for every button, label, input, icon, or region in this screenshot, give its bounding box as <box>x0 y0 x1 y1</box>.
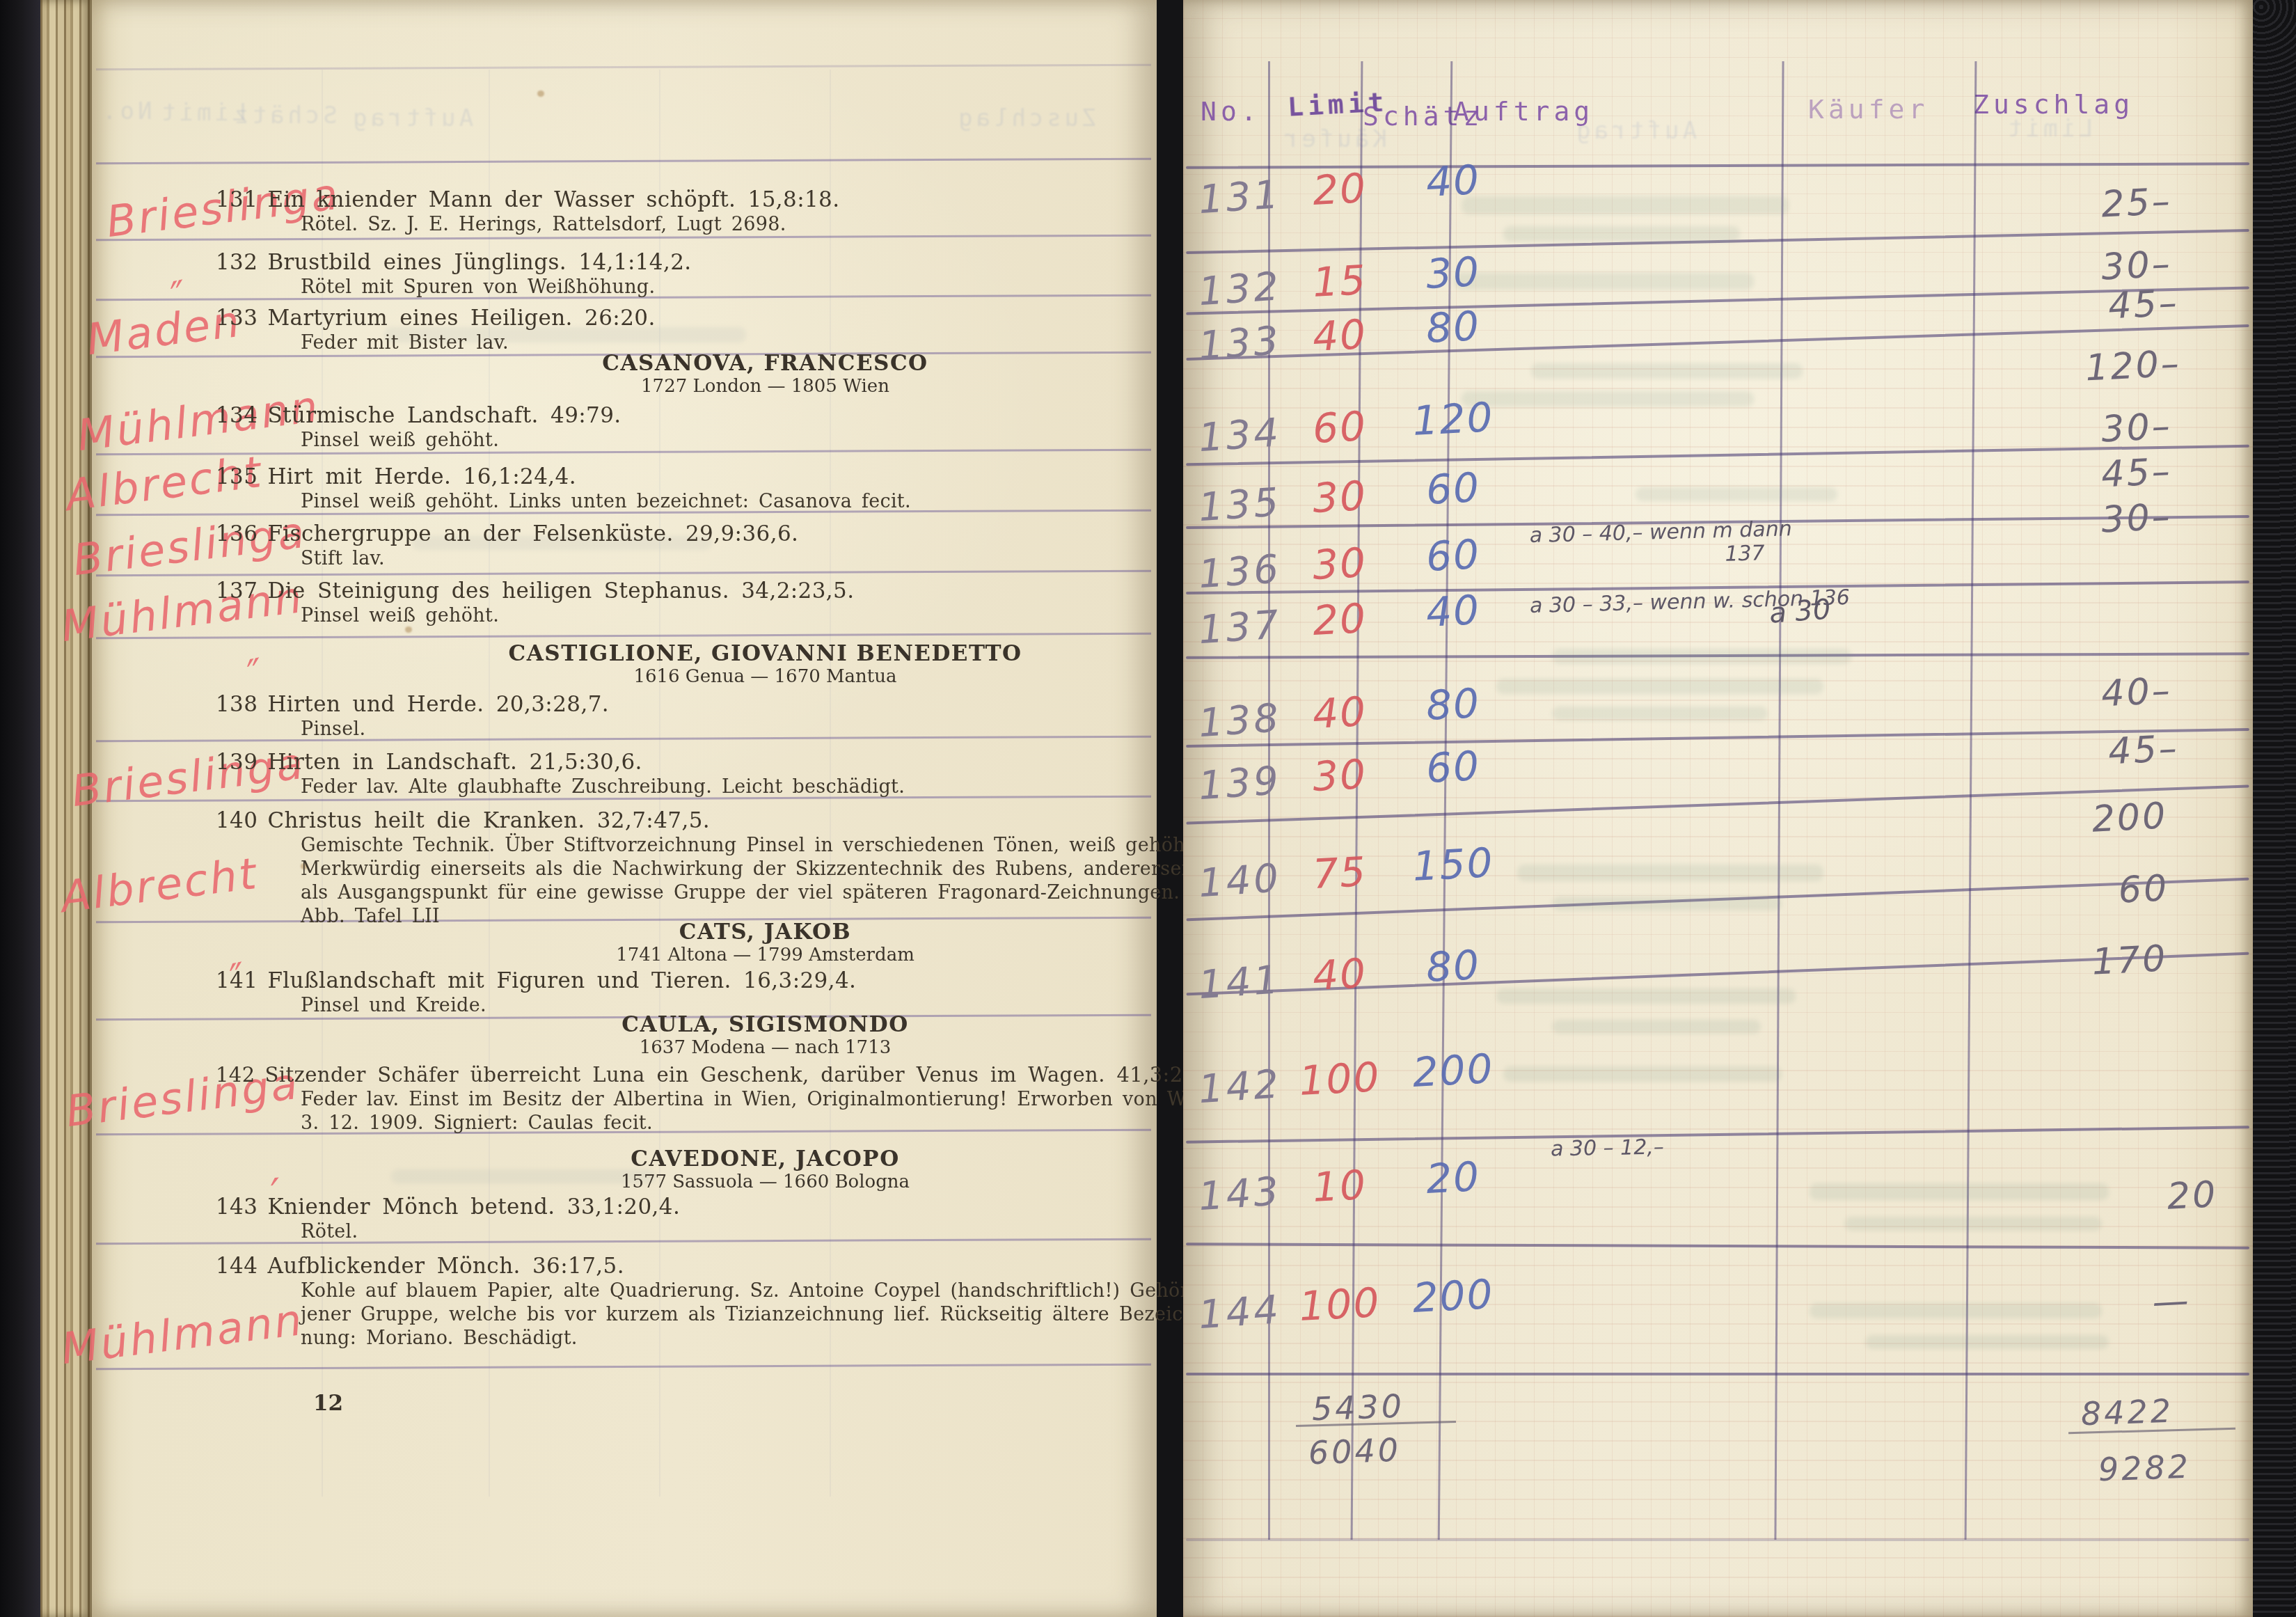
ledger-limit: 60 <box>1279 401 1400 455</box>
lot-title: Hirten in Landschaft. 21,5:30,6. <box>267 750 642 775</box>
lot-title: Sitzender Schäfer überreicht Luna ein Ge… <box>265 1063 1223 1087</box>
bleedthrough-smudge <box>1552 1020 1761 1034</box>
catalog-entry-139: 139Hirten in Landschaft. 21,5:30,6. Fede… <box>216 749 1141 799</box>
lot-number: 133 <box>216 305 258 331</box>
artist-dates: 1727 London — 1805 Wien <box>308 375 1223 397</box>
ledger-schaetz: 40 <box>1382 584 1523 638</box>
lot-number: 134 <box>216 402 258 429</box>
column-header-no: No. <box>1201 96 1261 127</box>
lot-detail: Feder lav. Einst im Besitz der Albertina… <box>216 1088 1141 1112</box>
ghost-stamp: Limit <box>2004 115 2093 143</box>
catalog-entry-132: 132Brustbild eines Jünglings. 14,1:14,2.… <box>216 249 1141 299</box>
lot-detail: Rötel. Sz. J. E. Herings, Rattelsdorf, L… <box>216 213 1141 237</box>
bleedthrough-smudge <box>1810 1183 2109 1200</box>
lot-detail: nung: Moriano. Beschädigt. <box>216 1327 1141 1350</box>
catalog-entry-134: 134Stürmische Landschaft. 49:79. Pinsel … <box>216 402 1141 452</box>
lot-detail: Rötel mit Spuren von Weißhöhung. <box>216 276 1141 299</box>
lot-detail: Abb. Tafel LII <box>216 905 1141 929</box>
artist-dates: 1741 Altona — 1799 Amsterdam <box>308 944 1223 966</box>
lot-title: Ein kniender Mann der Wasser schöpft. 15… <box>267 187 839 212</box>
lot-detail: Stift lav. <box>216 547 1141 571</box>
lot-number: 137 <box>216 578 258 604</box>
margin-ditto-mark: ″ <box>244 649 269 695</box>
artist-header: CASTIGLIONE, GIOVANNI BENEDETTO 1616 Gen… <box>308 642 1223 688</box>
ghost-stamp-auftrag: Auftrag <box>349 104 473 132</box>
catalog-entry-141: 141Flußlandschaft mit Figuren und Tieren… <box>216 968 1141 1018</box>
catalog-entry-144: 144Aufblickender Mönch. 36:17,5. Kohle a… <box>216 1253 1141 1350</box>
lot-detail: Pinsel und Kreide. <box>216 994 1141 1018</box>
ledger-schaetz: 40 <box>1382 154 1523 208</box>
lot-detail: 3. 12. 1909. Signiert: Caulas fecit. <box>216 1112 1141 1135</box>
lot-title: Hirten und Herde. 20,3:28,7. <box>267 692 609 717</box>
zuschlag-total-lower: 9282 <box>2098 1448 2192 1489</box>
lot-number: 143 <box>216 1194 258 1220</box>
bleedthrough-smudge <box>1496 988 1796 1004</box>
row-rule <box>1186 1126 2249 1143</box>
lot-detail: Feder mit Bister lav. <box>216 331 1141 355</box>
artist-name: CASANOVA, FRANCESCO <box>308 352 1223 375</box>
artist-header: CAULA, SIGISMONDO 1637 Modena — nach 171… <box>308 1013 1223 1059</box>
ledger-note-above-143: a 30 – 12,– <box>1551 1135 1664 1162</box>
bleedthrough-smudge <box>1496 679 1823 694</box>
lot-detail: Gemischte Technik. Über Stiftvorzeichnun… <box>216 834 1141 858</box>
lot-detail: Pinsel weiß gehöht. <box>216 604 1141 628</box>
ghost-stamp-no: No. <box>99 97 152 125</box>
scanned-ledger-spread: No. Limit Schätz Auftrag Zuschlag <box>0 0 2296 1617</box>
row-rule <box>1186 1538 2249 1541</box>
ledger-limit: 75 <box>1279 846 1400 900</box>
rule-line <box>96 570 1151 577</box>
ledger-schaetz: 120 <box>1382 392 1523 446</box>
bleedthrough-smudge <box>1503 1066 1782 1082</box>
ledger-limit: 40 <box>1279 309 1400 363</box>
bleedthrough-smudge <box>1636 487 1837 501</box>
ledger-limit: 100 <box>1279 1278 1400 1332</box>
lot-number: 135 <box>216 464 258 490</box>
lot-number: 144 <box>216 1253 258 1279</box>
catalog-entry-142: 142Sitzender Schäfer überreicht Luna ein… <box>216 1062 1141 1135</box>
rule-line <box>96 633 1151 640</box>
bleedthrough-smudge <box>1552 897 1782 910</box>
ledger-limit: 30 <box>1279 471 1400 524</box>
rule-line <box>96 158 1151 165</box>
lot-title: Brustbild eines Jünglings. 14,1:14,2. <box>267 250 691 275</box>
rule-line <box>96 64 1151 71</box>
bleedthrough-smudge <box>1517 865 1823 881</box>
ledger-limit: 15 <box>1279 255 1400 308</box>
ledger-schaetz: 60 <box>1382 740 1523 794</box>
lot-detail: jener Gruppe, welche bis vor kurzem als … <box>216 1303 1141 1327</box>
ledger-schaetz: 60 <box>1382 528 1523 583</box>
catalog-entry-136: 136Fischergruppe an der Felsenküste. 29,… <box>216 521 1141 571</box>
ghost-stamp: Auftrag <box>1573 117 1697 145</box>
artist-dates: 1637 Modena — nach 1713 <box>308 1036 1223 1059</box>
row-rule <box>1186 1373 2249 1375</box>
lot-detail: Rötel. <box>216 1220 1141 1244</box>
ledger-schaetz: 20 <box>1382 1151 1523 1205</box>
bleedthrough-smudge <box>1552 707 1768 720</box>
catalog-page: No. Limit Schätz Auftrag Zuschlag <box>92 0 1157 1617</box>
column-header-kaeufer: Käufer <box>1808 94 1929 125</box>
lot-title: Hirt mit Herde. 16,1:24,4. <box>267 464 576 489</box>
rule-line <box>96 1364 1151 1371</box>
catalog-entry-137: 137Die Steinigung des heiligen Stephanus… <box>216 578 1141 628</box>
zuschlag-total-upper: 8422 <box>2080 1392 2174 1433</box>
ledger-schaetz: 80 <box>1382 677 1523 732</box>
lot-title: Fischergruppe an der Felsenküste. 29,9:3… <box>267 521 798 546</box>
lot-number: 132 <box>216 249 258 276</box>
ledger-schaetz: 60 <box>1382 462 1523 516</box>
artist-dates: 1616 Genua — 1670 Mantua <box>308 665 1223 688</box>
catalog-entry-140: 140Christus heilt die Kranken. 32,7:47,5… <box>216 807 1141 929</box>
ledger-limit: 40 <box>1279 686 1400 740</box>
artist-dates: 1577 Sassuola — 1660 Bologna <box>308 1171 1223 1193</box>
ledger-schaetz: 80 <box>1382 300 1523 354</box>
ledger-limit: 30 <box>1279 537 1400 591</box>
lot-number: 131 <box>216 187 258 213</box>
bleedthrough-smudge <box>1810 1303 2102 1318</box>
lot-number: 138 <box>216 691 258 718</box>
lot-detail: Merkwürdig einerseits als die Nachwirkun… <box>216 858 1141 881</box>
lot-detail: als Ausgangspunkt für eine gewisse Grupp… <box>216 881 1141 905</box>
bleedthrough-smudge <box>1844 1217 2102 1231</box>
ledger-schaetz: 200 <box>1382 1269 1523 1323</box>
lot-detail: Pinsel. <box>216 718 1141 741</box>
ledger-schaetz: 150 <box>1382 837 1523 892</box>
ledger-schaetz: 200 <box>1382 1043 1523 1098</box>
lot-number: 136 <box>216 521 258 547</box>
artist-header: CAVEDONE, JACOPO 1577 Sassuola — 1660 Bo… <box>308 1147 1223 1193</box>
limit-total-lower: 6040 <box>1308 1431 1402 1472</box>
lot-title: Martyrium eines Heiligen. 26:20. <box>267 306 655 331</box>
ledger-schaetz: 30 <box>1382 246 1523 300</box>
ledger-schaetz: 80 <box>1382 939 1523 993</box>
bleedthrough-smudge <box>1531 363 1803 379</box>
ledger-limit: 20 <box>1279 593 1400 647</box>
artist-name: CASTIGLIONE, GIOVANNI BENEDETTO <box>308 642 1223 665</box>
lot-title: Die Steinigung des heiligen Stephanus. 3… <box>267 578 854 604</box>
ledger-limit: 30 <box>1279 749 1400 803</box>
book-cover-left-edge <box>0 0 40 1617</box>
ledger-limit: 20 <box>1279 163 1400 216</box>
page-number: 12 <box>313 1391 343 1416</box>
lot-detail: Feder lav. Alte glaubhafte Zuschreibung.… <box>216 775 1141 799</box>
lot-title: Stürmische Landschaft. 49:79. <box>267 403 621 428</box>
catalog-entry-133: 133Martyrium eines Heiligen. 26:20. Fede… <box>216 305 1141 355</box>
catalog-entry-131: 131Ein kniender Mann der Wasser schöpft.… <box>216 187 1141 237</box>
lot-detail: Pinsel weiß gehöht. <box>216 429 1141 452</box>
bleedthrough-smudge <box>1552 649 1851 664</box>
lot-number: 139 <box>216 749 258 775</box>
lot-detail: Pinsel weiß gehöht. Links unten bezeichn… <box>216 490 1141 514</box>
artist-name: CAVEDONE, JACOPO <box>308 1147 1223 1171</box>
bleedthrough-smudge <box>1865 1335 2109 1349</box>
artist-header: CASANOVA, FRANCESCO 1727 London — 1805 W… <box>308 352 1223 397</box>
catalog-entry-138: 138Hirten und Herde. 20,3:28,7. Pinsel. <box>216 691 1141 741</box>
row-rule <box>1186 1243 2249 1249</box>
catalog-entry-135: 135Hirt mit Herde. 16,1:24,4. Pinsel wei… <box>216 464 1141 514</box>
lot-title: Kniender Mönch betend. 33,1:20,4. <box>267 1194 680 1220</box>
lot-detail: Kohle auf blauem Papier, alte Quadrierun… <box>216 1279 1141 1303</box>
ledger-limit: 10 <box>1279 1160 1400 1213</box>
lot-number: 141 <box>216 968 258 994</box>
ghost-stamp-zuschlag: Zuschlag <box>955 104 1097 132</box>
lot-number: 142 <box>216 1062 255 1088</box>
lot-title: Flußlandschaft mit Figuren und Tieren. 1… <box>267 968 856 993</box>
lot-title: Aufblickender Mönch. 36:17,5. <box>267 1254 624 1279</box>
ledger-limit: 100 <box>1279 1052 1400 1106</box>
lot-title: Christus heilt die Kranken. 32,7:47,5. <box>267 808 710 833</box>
ghost-stamp: Käufer <box>1281 125 1387 153</box>
foxing-spot <box>537 90 544 97</box>
book-cover-right-edge <box>2253 0 2296 1617</box>
catalog-entry-143: 143Kniender Mönch betend. 33,1:20,4. Röt… <box>216 1194 1141 1244</box>
bleedthrough-smudge <box>1503 226 1740 242</box>
lot-number: 140 <box>216 807 258 834</box>
ledger-limit: 40 <box>1279 948 1400 1002</box>
